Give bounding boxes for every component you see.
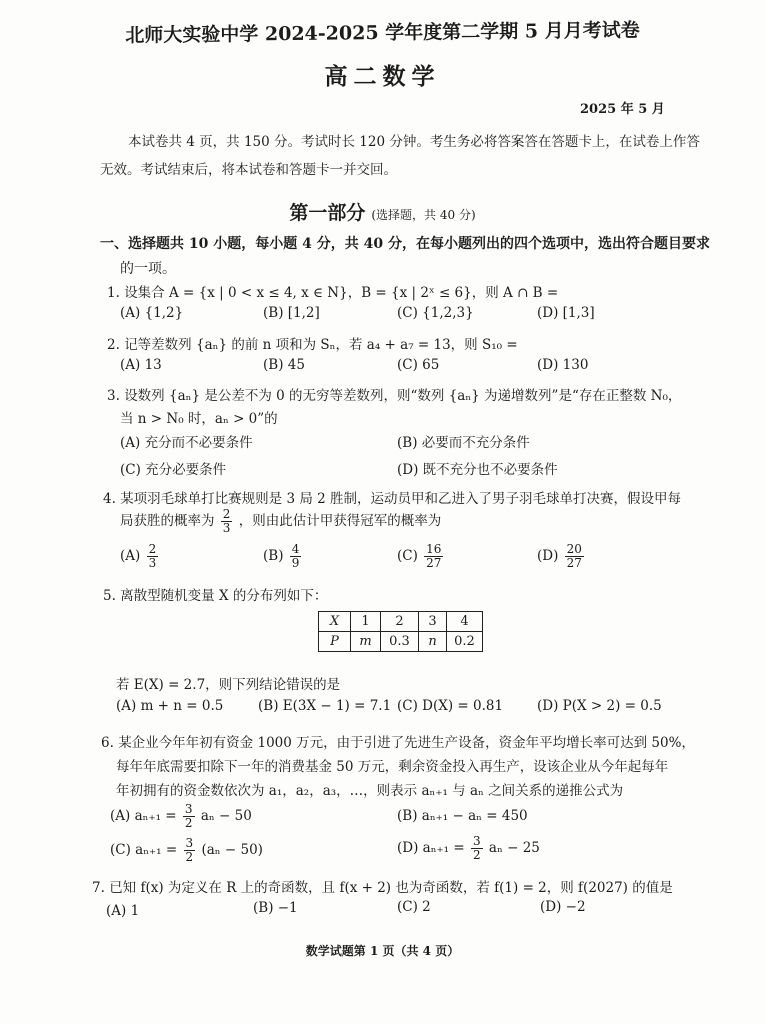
q3-option-a: (A) 充分而不必要条件: [120, 431, 253, 451]
question-5-condition: 若 E(X) = 2.7，则下列结论错误的是: [116, 673, 340, 693]
fraction: 32: [471, 835, 483, 862]
question-number: 2.: [107, 337, 120, 353]
formula-part: aₙ₊₁ =: [135, 808, 177, 824]
question-stem-line-1: 某企业今年年初有资金 1000 万元，由于引进了先进生产设备，资金年平均增长率可…: [118, 735, 695, 751]
q2-option-d: (D) 130: [537, 357, 588, 373]
option-label: (C): [397, 548, 418, 564]
question-stem: 离散型随机变量 X 的分布列如下：: [120, 588, 327, 604]
q1-option-a: (A) {1,2}: [120, 305, 183, 321]
table-cell: 0.3: [381, 632, 419, 652]
fraction-numerator: 3: [184, 837, 196, 851]
q7-option-d: (D) −2: [540, 899, 586, 915]
table-cell: n: [419, 632, 447, 652]
q3-option-c: (C) 充分必要条件: [120, 458, 226, 478]
q4-option-d: (D) 2027: [537, 543, 586, 570]
question-1: 1. 设集合 A = {x | 0 < x ≤ 4, x ∈ N}，B = {x…: [107, 281, 558, 301]
question-6-stem-line-2: 每年年底需要扣除下一年的消费基金 50 万元，剩余资金投入再生产，设该企业从今年…: [116, 755, 668, 775]
fraction: 1627: [424, 543, 443, 570]
table-row-x: X 1 2 3 4: [319, 612, 483, 632]
question-stem-line-1: 某项羽毛球单打比赛规则是 3 局 2 胜制，运动员甲和乙进入了男子羽毛球单打决赛…: [120, 491, 681, 507]
table-cell: 3: [419, 612, 447, 632]
option-label: (D): [537, 548, 558, 564]
question-4-stem-line-2: 局获胜的概率为 23 ，则由此估计甲获得冠军的概率为: [120, 508, 441, 535]
q1-option-c: (C) {1,2,3}: [397, 305, 474, 321]
q6-option-d: (D) aₙ₊₁ = 32 aₙ − 25: [397, 835, 540, 862]
fraction: 32: [183, 803, 195, 830]
fraction-numerator: 20: [565, 543, 584, 557]
fraction-denominator: 27: [424, 557, 443, 570]
fraction-denominator: 2: [183, 817, 195, 830]
formula-part: aₙ₊₁ − aₙ = 450: [422, 808, 528, 824]
fraction-denominator: 2: [184, 851, 196, 864]
q1-option-d: (D) [1,3]: [537, 305, 595, 321]
question-number: 7.: [92, 880, 105, 896]
q7-option-a: (A) 1: [106, 903, 139, 919]
option-label: (B): [263, 548, 283, 564]
q5-option-b: (B) E(3X − 1) = 7.1: [258, 698, 391, 714]
question-stem: 记等差数列 {aₙ} 的前 n 项和为 Sₙ，若 a₄ + a₇ = 13，则 …: [124, 337, 517, 353]
formula-part: (aₙ − 50): [201, 842, 263, 858]
table-cell: P: [319, 632, 351, 652]
question-number: 4.: [103, 491, 116, 507]
question-5: 5. 离散型随机变量 X 的分布列如下：: [103, 584, 327, 604]
option-label: (A): [110, 808, 130, 824]
table-cell: 2: [381, 612, 419, 632]
page-footer: 数学试题第 1 页（共 4 页）: [0, 942, 765, 959]
option-label: (B): [397, 808, 417, 824]
question-6-stem-line-3: 年初拥有的资金数依次为 a₁，a₂，a₃，…，则表示 aₙ₊₁ 与 aₙ 之间关…: [116, 779, 623, 799]
question-number: 3.: [107, 388, 120, 404]
q5-option-c: (C) D(X) = 0.81: [397, 698, 503, 714]
school-exam-title: 北师大实验中学 2024-2025 学年度第二学期 5 月月考试卷: [0, 14, 765, 49]
exam-date: 2025 年 5 月: [580, 98, 665, 117]
formula-part: aₙ₊₁ =: [135, 842, 177, 858]
question-stem-line-1: 设数列 {aₙ} 是公差不为 0 的无穷等差数列，则“数列 {aₙ} 为递增数列…: [124, 388, 681, 404]
subject-title: 高二数学: [0, 58, 765, 91]
table-cell: X: [319, 612, 351, 632]
section-instruction-1: 一、选择题共 10 小题，每小题 4 分，共 40 分，在每小题列出的四个选项中…: [100, 233, 710, 253]
notice-line-1: 本试卷共 4 页，共 150 分。考试时长 120 分钟。考生务必将答案答在答题…: [128, 128, 700, 156]
formula-part: aₙ − 25: [489, 840, 540, 856]
table-row-p: P m 0.3 n 0.2: [319, 632, 483, 652]
fraction-numerator: 3: [183, 803, 195, 817]
question-number: 5.: [103, 588, 116, 604]
fraction-denominator: 2: [471, 849, 483, 862]
question-number: 6.: [101, 735, 114, 751]
q6-option-b: (B) aₙ₊₁ − aₙ = 450: [397, 808, 528, 824]
fraction-denominator: 3: [147, 557, 159, 570]
table-cell: 1: [351, 612, 381, 632]
q2-option-a: (A) 13: [120, 357, 162, 373]
fraction: 2027: [565, 543, 584, 570]
fraction-denominator: 3: [221, 522, 233, 535]
part-one-title: 第一部分: [289, 202, 365, 224]
q5-option-a: (A) m + n = 0.5: [116, 698, 223, 714]
question-stem: 已知 f(x) 为定义在 R 上的奇函数，且 f(x + 2) 也为奇函数，若 …: [109, 880, 673, 896]
question-stem: 设集合 A = {x | 0 < x ≤ 4, x ∈ N}，B = {x | …: [124, 285, 558, 301]
q2-option-b: (B) 45: [263, 357, 305, 373]
q4-option-a: (A) 23: [120, 543, 160, 570]
fraction: 23: [147, 543, 159, 570]
q7-option-c: (C) 2: [397, 899, 431, 915]
q2-option-c: (C) 65: [397, 357, 439, 373]
question-number: 1.: [107, 285, 120, 301]
stem-text: 局获胜的概率为: [120, 513, 215, 529]
notice-line-2: 无效。考试结束后，将本试卷和答题卡一并交回。: [100, 156, 397, 184]
fraction: 49: [290, 543, 302, 570]
fraction-numerator: 3: [471, 835, 483, 849]
formula-part: aₙ − 50: [201, 808, 252, 824]
question-3-stem-line-2: 当 n > N₀ 时，aₙ > 0”的: [120, 407, 278, 427]
fraction-numerator: 2: [221, 508, 233, 522]
table-cell: m: [351, 632, 381, 652]
question-7: 7. 已知 f(x) 为定义在 R 上的奇函数，且 f(x + 2) 也为奇函数…: [92, 876, 673, 896]
part-one-subtitle: (选择题，共 40 分): [371, 208, 475, 222]
question-3: 3. 设数列 {aₙ} 是公差不为 0 的无穷等差数列，则“数列 {aₙ} 为递…: [107, 384, 681, 404]
q3-option-d: (D) 既不充分也不必要条件: [397, 458, 558, 478]
fraction-denominator: 9: [290, 557, 302, 570]
exam-page: 北师大实验中学 2024-2025 学年度第二学期 5 月月考试卷 高二数学 2…: [0, 0, 765, 1024]
question-2: 2. 记等差数列 {aₙ} 的前 n 项和为 Sₙ，若 a₄ + a₇ = 13…: [107, 333, 518, 353]
fraction-numerator: 16: [424, 543, 443, 557]
option-label: (D): [397, 840, 418, 856]
q6-option-a: (A) aₙ₊₁ = 32 aₙ − 50: [110, 803, 252, 830]
q6-option-c: (C) aₙ₊₁ = 32 (aₙ − 50): [110, 837, 263, 864]
fraction: 23: [221, 508, 233, 535]
formula-part: aₙ₊₁ =: [423, 840, 465, 856]
option-label: (A): [120, 548, 140, 564]
table-cell: 0.2: [447, 632, 483, 652]
q4-option-c: (C) 1627: [397, 543, 445, 570]
section-instruction-2: 的一项。: [120, 258, 176, 278]
fraction-denominator: 27: [565, 557, 584, 570]
q3-option-b: (B) 必要而不充分条件: [397, 431, 530, 451]
q5-option-d: (D) P(X > 2) = 0.5: [537, 698, 662, 714]
fraction: 32: [184, 837, 196, 864]
q7-option-b: (B) −1: [253, 900, 298, 916]
fraction-numerator: 4: [290, 543, 302, 557]
question-6: 6. 某企业今年年初有资金 1000 万元，由于引进了先进生产设备，资金年平均增…: [101, 731, 695, 751]
option-label: (C): [110, 842, 131, 858]
table-cell: 4: [447, 612, 483, 632]
fraction-numerator: 2: [147, 543, 159, 557]
question-4: 4. 某项羽毛球单打比赛规则是 3 局 2 胜制，运动员甲和乙进入了男子羽毛球单…: [103, 487, 681, 507]
q4-option-b: (B) 49: [263, 543, 303, 570]
q1-option-b: (B) [1,2]: [263, 305, 320, 321]
stem-text: ，则由此估计甲获得冠军的概率为: [239, 513, 442, 529]
distribution-table: X 1 2 3 4 P m 0.3 n 0.2: [318, 611, 483, 652]
part-one-heading: 第一部分(选择题，共 40 分): [0, 198, 765, 225]
